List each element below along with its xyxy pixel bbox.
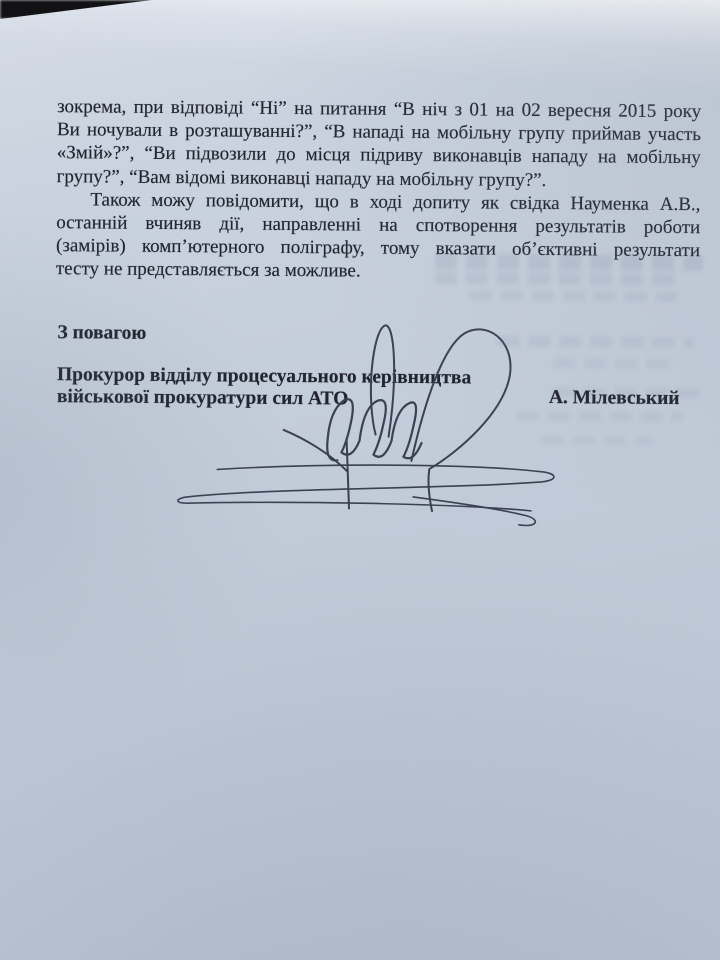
signature-stroke bbox=[178, 463, 554, 511]
bleedthrough-ghost bbox=[470, 290, 684, 302]
photo-background: { "page": { "type": "photographed-docume… bbox=[0, 0, 720, 960]
signature-stroke bbox=[371, 325, 395, 436]
closing-salutation: З повагою bbox=[57, 322, 146, 345]
text-line: тесту не представляється за можливе. bbox=[56, 258, 700, 286]
signature-stroke bbox=[346, 438, 350, 508]
body-text: зокрема, при відповіді “Ні” на питання “… bbox=[56, 95, 701, 286]
paper-sheet: зокрема, при відповіді “Ні” на питання “… bbox=[0, 0, 720, 960]
page-content: зокрема, при відповіді “Ні” на питання “… bbox=[0, 0, 720, 960]
handwritten-signature bbox=[151, 311, 693, 545]
